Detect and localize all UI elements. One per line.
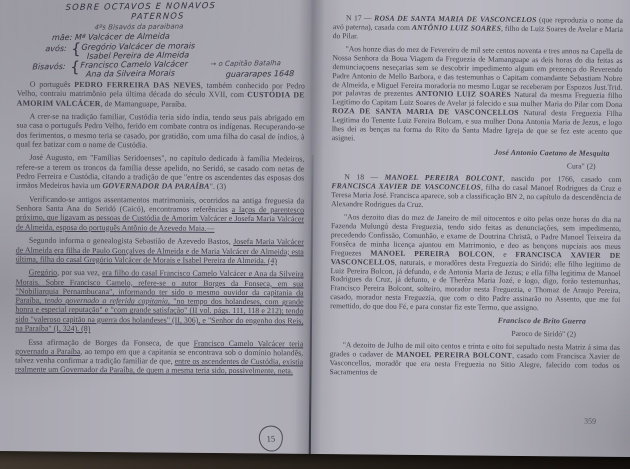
paragraph: "Aos honze dias do mez de Fevereiro de m… [332, 45, 623, 146]
text-segment: A crer-se na tradição familiar, Custódia… [16, 112, 304, 150]
annotation-mother: mãe: Mª Valcácer de Almeida [52, 32, 170, 43]
paragraph: N 18 — MANOEL PEREIRA BOLCONT, nascido p… [331, 173, 621, 211]
text-segment: , e [493, 249, 516, 258]
handwritten-annotations: SOBRE OCTAVOS E NONAVOS PATERNOS 4ºs Bis… [27, 0, 316, 82]
paragraph: José Antonio Caetano de Mesquita [332, 147, 610, 159]
paragraph: José Augusto, em "Famílias Seridoenses",… [16, 153, 304, 192]
annotation-greatgrandparents-brace: { [70, 60, 80, 75]
book-pages: SOBRE OCTAVOS E NONAVOS PATERNOS 4ºs Bis… [0, 0, 630, 457]
paragraph: Verificando-se antigos assentamentos mat… [16, 194, 304, 233]
book-photo: SOBRE OCTAVOS E NONAVOS PATERNOS 4ºs Bis… [0, 0, 630, 469]
paragraph: A crer-se na tradição familiar, Custódia… [16, 112, 304, 151]
text-segment: Paroco de Siridó" (2) [511, 329, 576, 339]
text-segment: , naturais, e moradôres desta Freguezia … [330, 257, 621, 312]
paragraph: Essa afirmação de Borges da Fonseca, de … [15, 337, 303, 376]
paragraph: O português PEDRO FERREIRA DAS NEVES, ta… [17, 80, 305, 110]
text-segment: ". (3) [210, 182, 226, 191]
text-segment: ANTÔNIO LUIZ SOARES [412, 23, 501, 33]
annotation-battle-date: guararapes 1648 [226, 69, 295, 79]
text-segment: , por sua vez, [57, 268, 102, 277]
paragraph: "Aos dezoito dias do mez de Janeiro de m… [330, 213, 621, 314]
text-segment: Cura" (2) [567, 162, 596, 171]
text-segment: N 18 — [344, 173, 384, 182]
text-segment: N 17 — [346, 13, 374, 22]
annotation-subtitle: 4ºs Bisavós da paraibana [94, 22, 183, 31]
text-segment: GOVERNADOR DA PARAÍBA [103, 181, 210, 191]
text-segment: tendo governado a referida capitania [44, 296, 168, 306]
annotation-grandparents-label: avós: [45, 44, 67, 53]
text-segment: , de Mamanguape, Paraíba. [101, 99, 187, 109]
left-page-text: O português PEDRO FERREIRA DAS NEVES, ta… [15, 80, 305, 381]
annotation-title-line2: PATERNOS [131, 10, 185, 21]
left-page-number: 15 [258, 425, 283, 452]
annotation-greatgrandmother: Ana da Silveira Morais [86, 69, 176, 79]
paragraph: Paroco de Siridó" (2) [330, 328, 576, 339]
paragraph: N 17 — ROSA DE SANTA MARIA DE VASCONCELO… [333, 14, 623, 44]
annotation-greatgrandparents-label: Bisavós: [32, 62, 66, 71]
paragraph: Gregório, por sua vez, era filho do casa… [15, 268, 303, 335]
text-segment: José Antonio Caetano de Mesquita [494, 148, 609, 158]
annotation-grandparents-brace: { [71, 42, 81, 57]
text-segment: Gregório [29, 268, 58, 277]
paragraph: Cura" (2) [332, 160, 596, 171]
annotation-greatgrandfather-note: → o Capitão Batalha [210, 59, 281, 68]
right-page-number: 359 [584, 416, 596, 425]
paragraph: "A dezoito de Julho de mil oito centos e… [330, 342, 620, 380]
paragraph: Segundo informa o genealogista Sebastião… [16, 236, 304, 266]
right-page-text: N 17 — ROSA DE SANTA MARIA DE VASCONCELO… [329, 14, 623, 384]
text-segment: Francisco de Brito Guerra [498, 316, 586, 326]
paragraph: Francisco de Brito Guerra [330, 315, 586, 326]
left-page-number-value: 15 [266, 433, 275, 443]
text-segment: O português [30, 80, 74, 89]
